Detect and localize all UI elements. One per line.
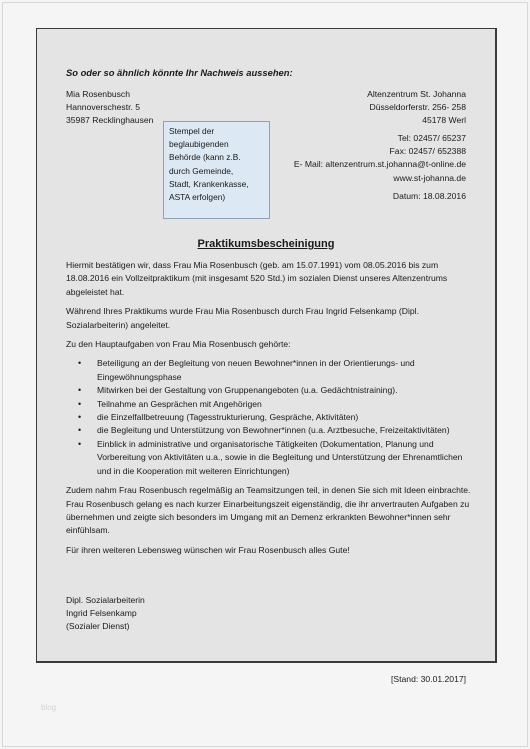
watermark: blog xyxy=(41,703,56,712)
signer-name: Ingrid Felsenkamp xyxy=(66,607,145,620)
paragraph-closing: Für ihren weiteren Lebensweg wünschen wi… xyxy=(66,544,473,557)
stamp-line: Stempel der xyxy=(169,125,264,138)
sender-street: Hannoverschestr. 5 xyxy=(66,101,153,114)
institution-city: 45178 Werl xyxy=(367,114,466,127)
stamp-line: durch Gemeinde, xyxy=(169,165,264,178)
stamp-line: ASTA erfolgen) xyxy=(169,191,264,204)
paragraph-evaluation: Zudem nahm Frau Rosenbusch regelmäßig an… xyxy=(66,484,473,538)
institution-contact: Tel: 02457/ 65237 Fax: 02457/ 652388 E- … xyxy=(294,132,466,185)
sender-name: Mia Rosenbusch xyxy=(66,88,153,101)
list-item: die Einzelfallbetreuung (Tagesstrukturie… xyxy=(97,411,473,424)
sender-address: Mia Rosenbusch Hannoverschestr. 5 35987 … xyxy=(66,88,153,128)
list-item: Einblick in administrative und organisat… xyxy=(97,438,473,478)
document-date: Datum: 18.08.2016 xyxy=(393,191,466,201)
stamp-line: Behörde (kann z.B. xyxy=(169,151,264,164)
paragraph-confirmation: Hiermit bestätigen wir, dass Frau Mia Ro… xyxy=(66,259,473,299)
revision-date: [Stand: 30.01.2017] xyxy=(391,674,466,684)
document-body: Hiermit bestätigen wir, dass Frau Mia Ro… xyxy=(66,259,473,563)
email: E- Mail: altenzentrum.st.johanna@t-onlin… xyxy=(294,158,466,171)
page: So oder so ähnlich könnte Ihr Nachweis a… xyxy=(2,2,528,747)
signer-role: Dipl. Sozialarbeiterin xyxy=(66,594,145,607)
signature-block: Dipl. Sozialarbeiterin Ingrid Felsenkamp… xyxy=(66,594,145,634)
paragraph-tasks-intro: Zu den Hauptaufgaben von Frau Mia Rosenb… xyxy=(66,338,473,351)
stamp-placeholder-box: Stempel der beglaubigenden Behörde (kann… xyxy=(163,121,270,219)
website: www.st-johanna.de xyxy=(294,172,466,185)
certificate-document: So oder so ähnlich könnte Ihr Nachweis a… xyxy=(36,28,497,663)
signer-department: (Sozialer Dienst) xyxy=(66,620,145,633)
phone: Tel: 02457/ 65237 xyxy=(294,132,466,145)
list-item: Mitwirken bei der Gestaltung von Gruppen… xyxy=(97,384,473,397)
task-list: Beteiligung an der Begleitung von neuen … xyxy=(66,357,473,478)
sender-city: 35987 Recklinghausen xyxy=(66,114,153,127)
stamp-line: Stadt, Krankenkasse, xyxy=(169,178,264,191)
institution-street: Düsseldorferstr. 256- 258 xyxy=(367,101,466,114)
document-title: Praktikumsbescheinigung xyxy=(37,238,495,250)
stamp-line: beglaubigenden xyxy=(169,138,264,151)
list-item: die Begleitung und Unterstützung von Bew… xyxy=(97,424,473,437)
intro-heading: So oder so ähnlich könnte Ihr Nachweis a… xyxy=(66,67,293,78)
list-item: Beteiligung an der Begleitung von neuen … xyxy=(97,357,473,384)
list-item: Teilnahme an Gesprächen mit Angehörigen xyxy=(97,398,473,411)
fax: Fax: 02457/ 652388 xyxy=(294,145,466,158)
institution-name: Altenzentrum St. Johanna xyxy=(367,88,466,101)
institution-address: Altenzentrum St. Johanna Düsseldorferstr… xyxy=(367,88,466,128)
paragraph-supervision: Während Ihres Praktikums wurde Frau Mia … xyxy=(66,305,473,332)
